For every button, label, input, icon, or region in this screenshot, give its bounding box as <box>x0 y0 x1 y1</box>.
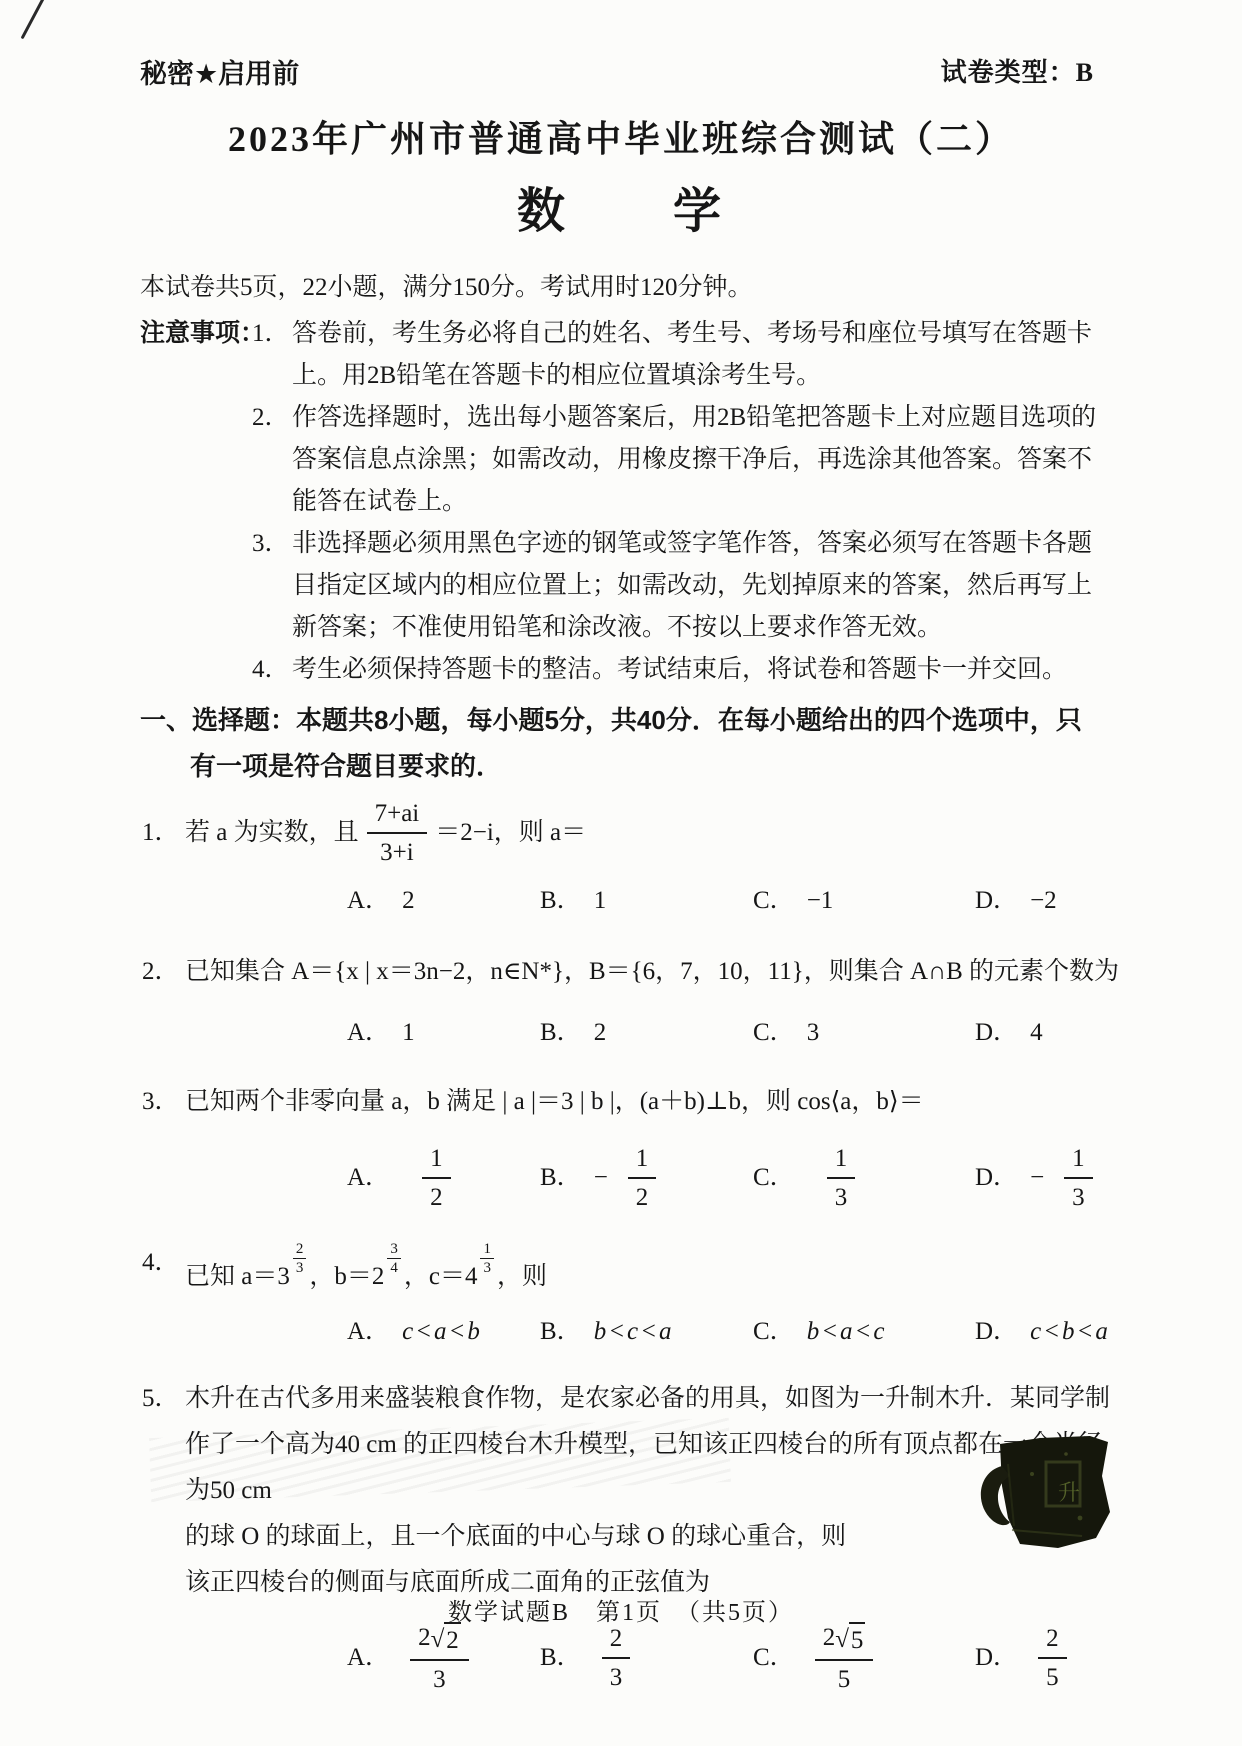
fraction-numerator: 1 <box>628 1143 657 1179</box>
fraction-denominator: 3 <box>827 1179 856 1213</box>
option-b: B．2 <box>540 1011 753 1055</box>
fraction-numerator: 7+ai <box>367 798 428 834</box>
option-label: B． <box>540 1156 582 1200</box>
fraction-numerator: 2 <box>1038 1623 1067 1659</box>
option-d: D．4 <box>975 1011 1122 1055</box>
option-value: −2 <box>1030 879 1057 923</box>
option-value: −1 <box>807 879 834 923</box>
question-4-options: A．c<a<b B．b<c<a C．b<a<c D．c<b<a <box>347 1310 1122 1354</box>
option-c: C． 2√5 5 <box>753 1622 975 1696</box>
question-number: 2． <box>142 949 180 995</box>
notice-label: 注意事项： <box>140 313 265 355</box>
question-3: 3． 已知两个非零向量 a，b 满足 | a |＝3 | b |，(a＋b)⊥b… <box>0 1079 1242 1214</box>
coefficient: 2 <box>823 1624 836 1651</box>
fraction-numerator: 2 <box>602 1623 631 1659</box>
question-3-options: A． 12 B． − 12 C． 13 D． − 13 <box>347 1143 1122 1214</box>
question-5-options: A． 2√2 3 B． 23 C． 2√5 5 D． 25 <box>347 1622 1122 1696</box>
option-value: b<c<a <box>594 1310 674 1354</box>
option-value: 3 <box>807 1011 820 1055</box>
option-a: A． 12 <box>347 1143 540 1214</box>
fraction-denominator: 2 <box>422 1179 451 1213</box>
question-4-stem: 4． 已知 a＝3 23 ，b＝2 34 ，c＝4 13 ，则 <box>185 1254 1122 1300</box>
fraction-numerator: 1 <box>827 1143 856 1179</box>
option-label: A． <box>347 1636 390 1680</box>
question-3-stem: 已知两个非零向量 a，b 满足 | a |＝3 | b |，(a＋b)⊥b，则 … <box>185 1088 924 1115</box>
notice-block: 注意事项： 1． 答卷前，考生务必将自己的姓名、考生号、考场号和座位号填写在答题… <box>0 313 1242 691</box>
page-header: 秘密★启用前 试卷类型：B <box>0 0 1242 91</box>
option-value: 4 <box>1030 1011 1043 1055</box>
exam-paper-page: 秘密★启用前 试卷类型：B 2023年广州市普通高中毕业班综合测试（二） 数 学… <box>0 0 1242 1746</box>
option-label: A． <box>347 879 390 923</box>
coefficient: 2 <box>418 1624 431 1651</box>
stem-text: ，则 <box>497 1254 547 1300</box>
option-value: 2 <box>594 1011 607 1055</box>
option-label: B． <box>540 879 582 923</box>
minus-sign: − <box>594 1156 608 1200</box>
exponent-numerator: 2 <box>293 1241 307 1260</box>
option-label: B． <box>540 1310 582 1354</box>
option-d: D． 25 <box>975 1622 1122 1696</box>
option-label: A． <box>347 1156 390 1200</box>
option-label: D． <box>975 1310 1018 1354</box>
question-number: 5． <box>142 1376 180 1422</box>
question-2: 2． 已知集合 A＝{x | x＝3n−2，n∈N*}，B＝{6，7，10，11… <box>0 949 1242 1055</box>
notice-item-4: 4． 考生必须保持答题卡的整洁。考试结束后，将试卷和答题卡一并交回。 <box>0 649 1242 691</box>
radical-sign: √ <box>431 1624 445 1655</box>
notice-item-text: 答卷前，考生务必将自己的姓名、考生号、考场号和座位号填写在答题卡上。用2B铅笔在… <box>292 320 1092 389</box>
fraction: 25 <box>1038 1623 1067 1694</box>
fraction-denominator: 2 <box>628 1179 657 1213</box>
notice-item-3: 3． 非选择题必须用黑色字迹的钢笔或签字笔作答，答案必须写在答题卡各题目指定区域… <box>0 523 1242 649</box>
fraction: 23 <box>602 1623 631 1694</box>
fraction: 7+ai 3+i <box>367 798 428 869</box>
option-value: 1 <box>594 879 607 923</box>
exam-info-line: 本试卷共5页，22小题，满分150分。考试用时120分钟。 <box>140 267 1102 309</box>
fraction-denominator: 3+i <box>372 834 422 868</box>
fraction-numerator: 1 <box>422 1143 451 1179</box>
option-value: 2 <box>402 879 415 923</box>
option-label: A． <box>347 1310 390 1354</box>
option-label: D． <box>975 1636 1018 1680</box>
notice-item-1: 注意事项： 1． 答卷前，考生务必将自己的姓名、考生号、考场号和座位号填写在答题… <box>0 313 1242 397</box>
fraction: 12 <box>422 1143 451 1214</box>
fraction-numerator: 2√5 <box>815 1622 874 1661</box>
exponent-numerator: 3 <box>387 1241 401 1260</box>
option-label: B． <box>540 1011 582 1055</box>
option-b: B．b<c<a <box>540 1310 753 1354</box>
option-label: C． <box>753 1156 795 1200</box>
sheng-character: 升 <box>1058 1480 1080 1505</box>
option-label: C． <box>753 879 795 923</box>
exponent-denominator: 4 <box>390 1259 398 1277</box>
question-number: 4． <box>142 1240 180 1286</box>
stem-text: ＝2−i，则 a＝ <box>435 810 586 856</box>
fraction-denominator: 3 <box>602 1659 631 1693</box>
question-4: 4． 已知 a＝3 23 ，b＝2 34 ，c＝4 13 ，则 A．c<a<b … <box>0 1240 1242 1354</box>
notice-item-number: 1． <box>252 313 290 355</box>
option-label: A． <box>347 1011 390 1055</box>
option-label: C． <box>753 1310 795 1354</box>
notice-item-number: 3． <box>252 523 290 565</box>
notice-item-number: 4． <box>252 649 290 691</box>
exponent-fraction: 23 <box>293 1241 307 1277</box>
exam-title: 2023年广州市普通高中毕业班综合测试（二） <box>0 111 1242 162</box>
option-a: A． 2√2 3 <box>347 1622 540 1696</box>
stem-text: ，b＝2 <box>309 1254 384 1300</box>
security-label: 秘密★启用前 <box>140 52 299 91</box>
question-1-options: A．2 B．1 C．−1 D．−2 <box>347 879 1122 923</box>
stem-text: 已知 a＝3 <box>185 1254 290 1300</box>
question-number: 1． <box>142 810 180 856</box>
fraction: 2√2 3 <box>410 1622 469 1696</box>
option-label: C． <box>753 1011 795 1055</box>
notice-item-text: 非选择题必须用黑色字迹的钢笔或签字笔作答，答案必须写在答题卡各题目指定区域内的相… <box>292 530 1092 641</box>
option-label: C． <box>753 1636 795 1680</box>
fraction-denominator: 3 <box>1064 1179 1093 1213</box>
fraction: 13 <box>1064 1143 1093 1214</box>
question-number: 3． <box>142 1079 180 1125</box>
question-2-options: A．1 B．2 C．3 D．4 <box>347 1011 1122 1055</box>
option-c: C．b<a<c <box>753 1310 975 1354</box>
fraction: 12 <box>628 1143 657 1214</box>
option-c: C．−1 <box>753 879 975 923</box>
question-1-stem: 1． 若 a 为实数，且 7+ai 3+i ＝2−i，则 a＝ <box>185 791 1122 875</box>
subject-title: 数 学 <box>0 172 1242 241</box>
notice-item-number: 2． <box>252 397 290 439</box>
exponent-denominator: 3 <box>483 1259 491 1277</box>
exponent-denominator: 3 <box>296 1259 304 1277</box>
exponent-fraction: 13 <box>480 1241 494 1277</box>
notice-item-2: 2． 作答选择题时，选出每小题答案后，用2B铅笔把答题卡上对应题目选项的答案信息… <box>0 397 1242 523</box>
paper-type-label: 试卷类型：B <box>941 52 1094 89</box>
option-c: C．3 <box>753 1011 975 1055</box>
fraction-numerator: 1 <box>1064 1143 1093 1179</box>
option-value: 1 <box>402 1011 415 1055</box>
option-c: C． 13 <box>753 1143 975 1214</box>
option-a: A．2 <box>347 879 540 923</box>
fraction-numerator: 2√2 <box>410 1622 469 1661</box>
option-b: B． 23 <box>540 1622 753 1696</box>
radical-sign: √ <box>835 1624 849 1655</box>
option-b: B． − 12 <box>540 1143 753 1214</box>
option-label: B． <box>540 1636 582 1680</box>
exponent-fraction: 34 <box>387 1241 401 1277</box>
notice-item-text: 作答选择题时，选出每小题答案后，用2B铅笔把答题卡上对应题目选项的答案信息点涂黑… <box>292 404 1096 515</box>
section-one-header: 一、选择题：本题共8小题，每小题5分，共40分．在每小题给出的四个选项中，只有一… <box>0 697 1242 789</box>
fraction: 13 <box>827 1143 856 1214</box>
option-label: D． <box>975 1011 1018 1055</box>
option-d: D． − 13 <box>975 1143 1122 1214</box>
fraction-denominator: 5 <box>830 1661 859 1695</box>
question-2-stem: 已知集合 A＝{x | x＝3n−2，n∈N*}，B＝{6，7，10，11}，则… <box>185 958 1119 985</box>
option-value: b<a<c <box>807 1310 887 1354</box>
option-label: D． <box>975 1156 1018 1200</box>
question-5: 5． 木升在古代多用来盛装粮食作物，是农家必备的用具，如图为一升制木升．某同学制… <box>0 1376 1242 1696</box>
notice-item-text: 考生必须保持答题卡的整洁。考试结束后，将试卷和答题卡一并交回。 <box>292 656 1067 683</box>
option-a: A．c<a<b <box>347 1310 540 1354</box>
option-d: D．c<b<a <box>975 1310 1122 1354</box>
option-label: D． <box>975 879 1018 923</box>
option-a: A．1 <box>347 1011 540 1055</box>
option-d: D．−2 <box>975 879 1122 923</box>
question-1: 1． 若 a 为实数，且 7+ai 3+i ＝2−i，则 a＝ A．2 B．1 … <box>0 791 1242 923</box>
stem-text: 若 a 为实数，且 <box>185 810 359 856</box>
page-footer: 数学试题B 第1页 （共5页） <box>0 1592 1242 1627</box>
option-value: c<a<b <box>402 1310 482 1354</box>
wooden-sheng-photo: 升 <box>962 1434 1114 1554</box>
option-b: B．1 <box>540 879 753 923</box>
stem-text: ，c＝4 <box>404 1254 478 1300</box>
minus-sign: − <box>1030 1156 1044 1200</box>
fraction-denominator: 5 <box>1038 1659 1067 1693</box>
fraction-denominator: 3 <box>425 1661 454 1695</box>
exponent-numerator: 1 <box>480 1241 494 1260</box>
fraction: 2√5 5 <box>815 1622 874 1696</box>
option-value: c<b<a <box>1030 1310 1110 1354</box>
